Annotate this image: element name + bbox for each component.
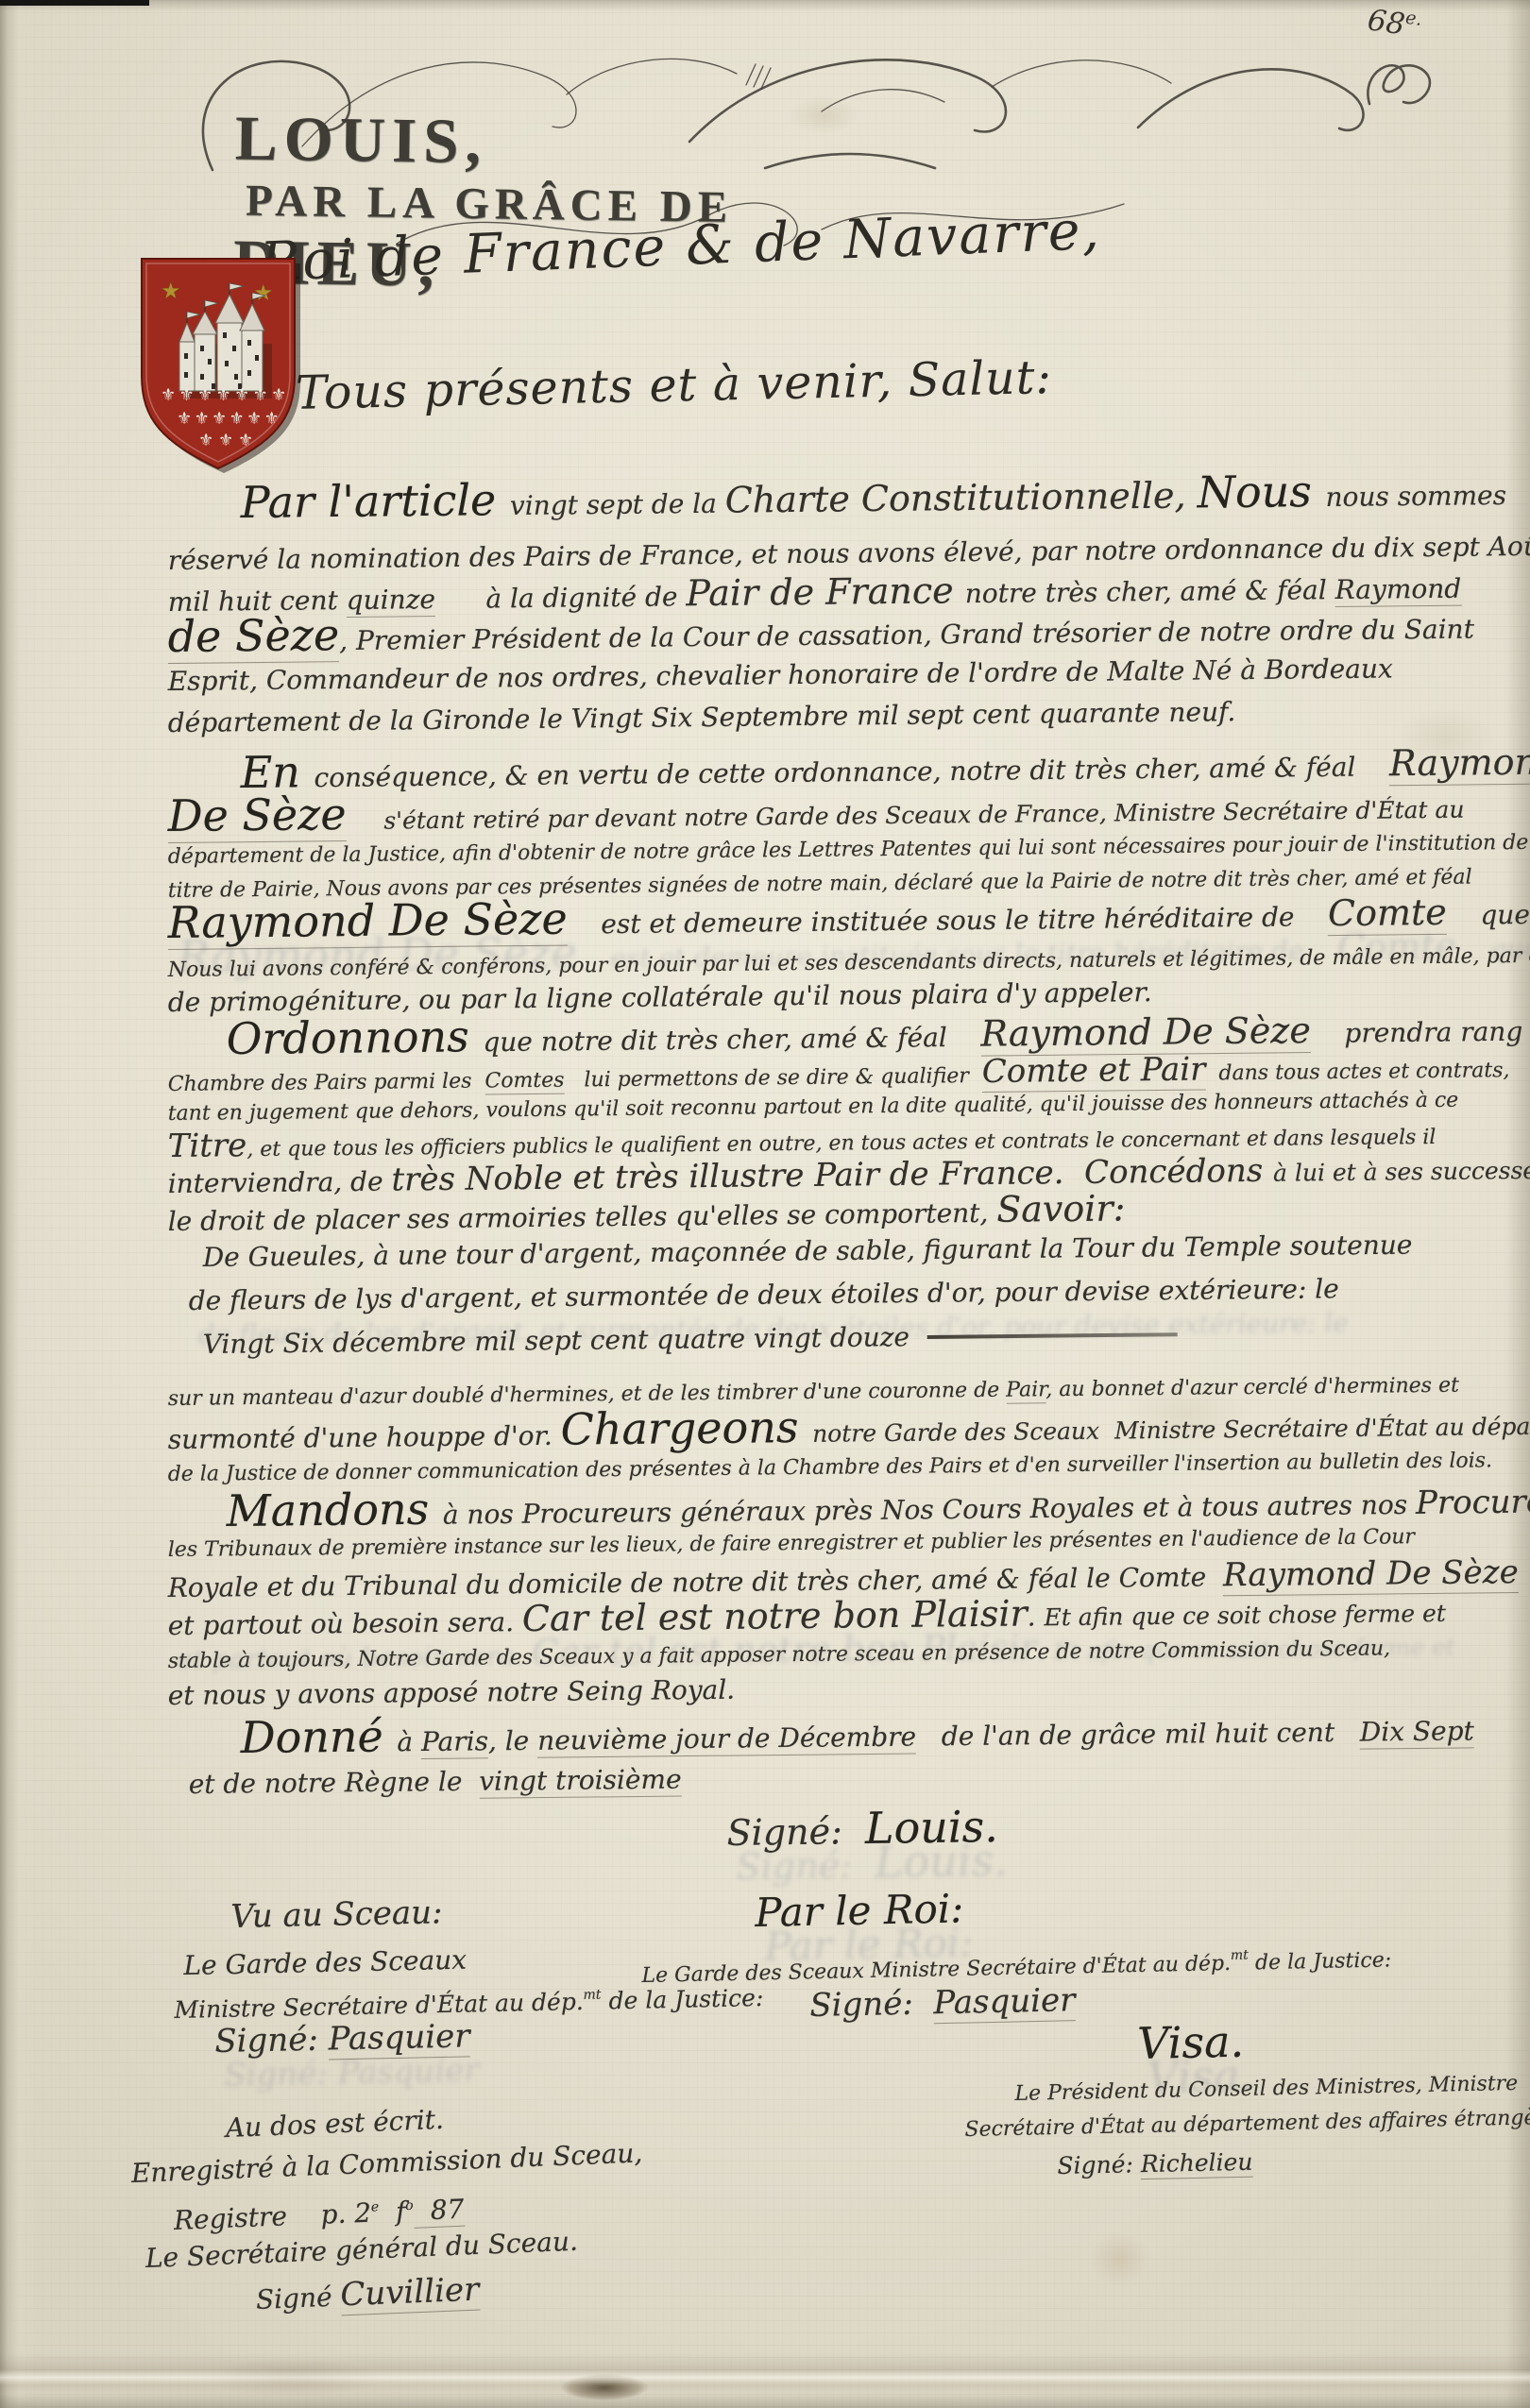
signature-cuvillier: Signé Cuvillier bbox=[255, 2269, 480, 2325]
manuscript-line: les Tribunaux de première instance sur l… bbox=[168, 1517, 1416, 1572]
ink-bleed-ghost: et partout où besoin sera. Car tel est n… bbox=[177, 1622, 1455, 1685]
manuscript-line: De Gueules, à une tour d'argent, maçonné… bbox=[202, 1225, 1412, 1282]
fleur-de-lys-icon: ⚜ bbox=[179, 385, 195, 405]
manuscript-line: Par l'article vingt sept de la Charte Co… bbox=[240, 468, 1506, 534]
manuscript-line: Le Secrétaire général du Sceau. bbox=[144, 2221, 579, 2283]
manuscript-line: Esprit, Commandeur de nos ordres, cheval… bbox=[167, 648, 1392, 706]
fleur-de-lys-icon: ⚜ bbox=[161, 385, 176, 405]
fleur-de-lys-icon: ⚜ bbox=[253, 385, 268, 405]
manuscript-line: Au dos est écrit. bbox=[225, 2099, 445, 2153]
fleur-de-lys-icon: ⚜ bbox=[216, 385, 231, 405]
manuscript-line: interviendra, de très Noble et très illu… bbox=[167, 1146, 1530, 1209]
signature-pasquier-right: Signé: Pasquier bbox=[809, 1979, 1076, 2032]
manuscript-line: tant en jugement que dehors, voulons qu'… bbox=[168, 1080, 1459, 1136]
fleur-de-lys-icon: ⚜ bbox=[229, 409, 245, 429]
manuscript-line: le droit de placer ses armoiries telles … bbox=[167, 1187, 1125, 1246]
ink-bleed-ghost: de fleurs de lys d'argent, et surmontée … bbox=[197, 1302, 1349, 1360]
letters-patent-document: 68e. LOUIS, PAR LA GRÂCE DE DIEU, Roi de… bbox=[0, 0, 1530, 2408]
fleur-de-lys-icon: ⚜ bbox=[246, 409, 262, 429]
fleur-de-lys-icon: ⚜ bbox=[234, 385, 249, 405]
ink-bleed-ghost: Signé: Louis. bbox=[736, 1840, 1008, 1895]
manuscript-line: de Sèze, Premier Président de la Cour de… bbox=[167, 602, 1474, 668]
manuscript-line: Mandons à nos Procureurs généraux près N… bbox=[226, 1475, 1530, 1542]
gold-star-icon: ★ bbox=[161, 278, 181, 304]
ink-bleed-ghost: Signé: Pasquier bbox=[224, 2049, 480, 2102]
fleur-de-lys-icon: ⚜ bbox=[212, 409, 227, 429]
manuscript-line: stable à toujours, Notre Garde des Sceau… bbox=[168, 1628, 1391, 1684]
fleur-de-lys-icon: ⚜ bbox=[195, 409, 210, 429]
page-edge-right bbox=[1505, 0, 1530, 2408]
manuscript-line: Le Garde des Sceaux Ministre Secrétaire … bbox=[641, 1931, 1392, 1998]
binding-edge-shadow bbox=[0, 0, 38, 2408]
manuscript-line: Chambre des Pairs parmi les Comtes lui p… bbox=[167, 1045, 1509, 1107]
manuscript-line: Registre p. 2e fo 87 bbox=[173, 2183, 466, 2246]
page-edge-top bbox=[0, 0, 1530, 11]
manuscript-line: mil huit cent quinze à la dignité de Pai… bbox=[167, 565, 1461, 627]
salutation-line: A Tous présents et à venir, Salut: bbox=[245, 350, 1052, 421]
manuscript-line: de primogéniture, ou par la ligne collat… bbox=[167, 972, 1151, 1027]
scan-corner-artifact bbox=[0, 0, 149, 6]
manuscript-line: En conséquence, & en vertu de cette ordo… bbox=[240, 738, 1530, 804]
manuscript-line: département de la Gironde le Vingt Six S… bbox=[167, 691, 1235, 748]
manuscript-line: Secrétaire d'État au département des aff… bbox=[964, 2097, 1530, 2152]
manuscript-line: surmonté d'une houppe d'or. Chargeons no… bbox=[167, 1398, 1530, 1465]
folio-sup: e. bbox=[1404, 8, 1423, 30]
title-louis: LOUIS, bbox=[234, 103, 487, 177]
manuscript-line: Titre, et que tous les officiers publics… bbox=[167, 1112, 1436, 1173]
manuscript-line: sur un manteau d'azur doublé d'hermines,… bbox=[168, 1365, 1460, 1421]
fleur-de-lys-icon: ⚜ bbox=[238, 431, 253, 450]
signature-richelieu: Signé: Richelieu bbox=[1057, 2142, 1253, 2190]
gold-star-icon: ★ bbox=[253, 280, 274, 306]
fleur-de-lys-icon: ⚜ bbox=[177, 409, 192, 429]
manuscript-line: Nous lui avons conféré & conférons, pour… bbox=[168, 935, 1530, 992]
fleur-de-lys-icon: ⚜ bbox=[271, 385, 286, 405]
manuscript-line: de fleurs de lys d'argent, et surmontée … bbox=[188, 1268, 1339, 1326]
manuscript-line: Royale et du Tribunal du domicile de not… bbox=[167, 1552, 1519, 1613]
coat-of-arms: ★★ ⚜⚜⚜⚜⚜⚜⚜⚜⚜⚜⚜⚜⚜⚜⚜⚜ bbox=[132, 251, 304, 476]
signature-pasquier-left: Signé: Pasquier bbox=[214, 2015, 470, 2068]
manuscript-line: Vingt Six décembre mil sept cent quatre … bbox=[202, 1314, 1178, 1369]
ink-bleed-ghost: Par le Roi: bbox=[764, 1922, 974, 1976]
manuscript-line: et nous y avons apposé notre Seing Royal… bbox=[167, 1670, 735, 1721]
manuscript-line: et de notre Règne le vingt troisième bbox=[188, 1759, 681, 1809]
manuscript-line: titre de Pairie, Nous avons par ces prés… bbox=[168, 857, 1472, 913]
manuscript-line: de la Justice de donner communication de… bbox=[168, 1440, 1493, 1497]
manuscript-line: et partout où besoin sera. Car tel est n… bbox=[167, 1588, 1446, 1651]
manuscript-line: Vu au Sceau: bbox=[230, 1891, 443, 1943]
ink-bleed-ghost: Raymond De Sèze est et demeure instituée… bbox=[177, 922, 1530, 988]
manuscript-line: département de la Justice, afin d'obteni… bbox=[168, 822, 1530, 879]
paper-crease bbox=[0, 2353, 1530, 2395]
manuscript-line: réservé la nomination des Pairs de Franc… bbox=[167, 526, 1530, 585]
ink-bleed-ghost: Visa. bbox=[1147, 2055, 1254, 2109]
fleur-de-lys-icon: ⚜ bbox=[198, 431, 213, 450]
fleur-de-lys-icon: ⚜ bbox=[218, 431, 233, 450]
fleur-de-lys-icon: ⚜ bbox=[264, 409, 280, 429]
page-edge-bottom bbox=[0, 2393, 1530, 2408]
manuscript-line: Donné à Paris, le neuvième jour de Décem… bbox=[240, 1704, 1474, 1769]
manuscript-line: Ministre Secrétaire d'État au dép.mt de … bbox=[174, 1971, 764, 2034]
manuscript-line: Ordonnons que notre dit très cher, amé &… bbox=[226, 1004, 1530, 1070]
manuscript-line: Enregistré à la Commission du Sceau, bbox=[130, 2132, 643, 2198]
manuscript-line: Le Garde des Sceaux bbox=[183, 1940, 467, 1991]
visa: Visa. bbox=[1137, 2021, 1245, 2075]
manuscript-line: De Sèze s'étant retiré par devant notre … bbox=[167, 782, 1464, 847]
manuscript-line: Le Président du Conseil des Ministres, M… bbox=[1014, 2063, 1519, 2116]
manuscript-line: Raymond De Sèze est et demeure instituée… bbox=[167, 888, 1530, 954]
par-le-roi: Par le Roi: bbox=[755, 1888, 964, 1942]
fleur-de-lys-icon: ⚜ bbox=[197, 385, 212, 405]
signature-louis: Signé: Louis. bbox=[726, 1806, 998, 1861]
